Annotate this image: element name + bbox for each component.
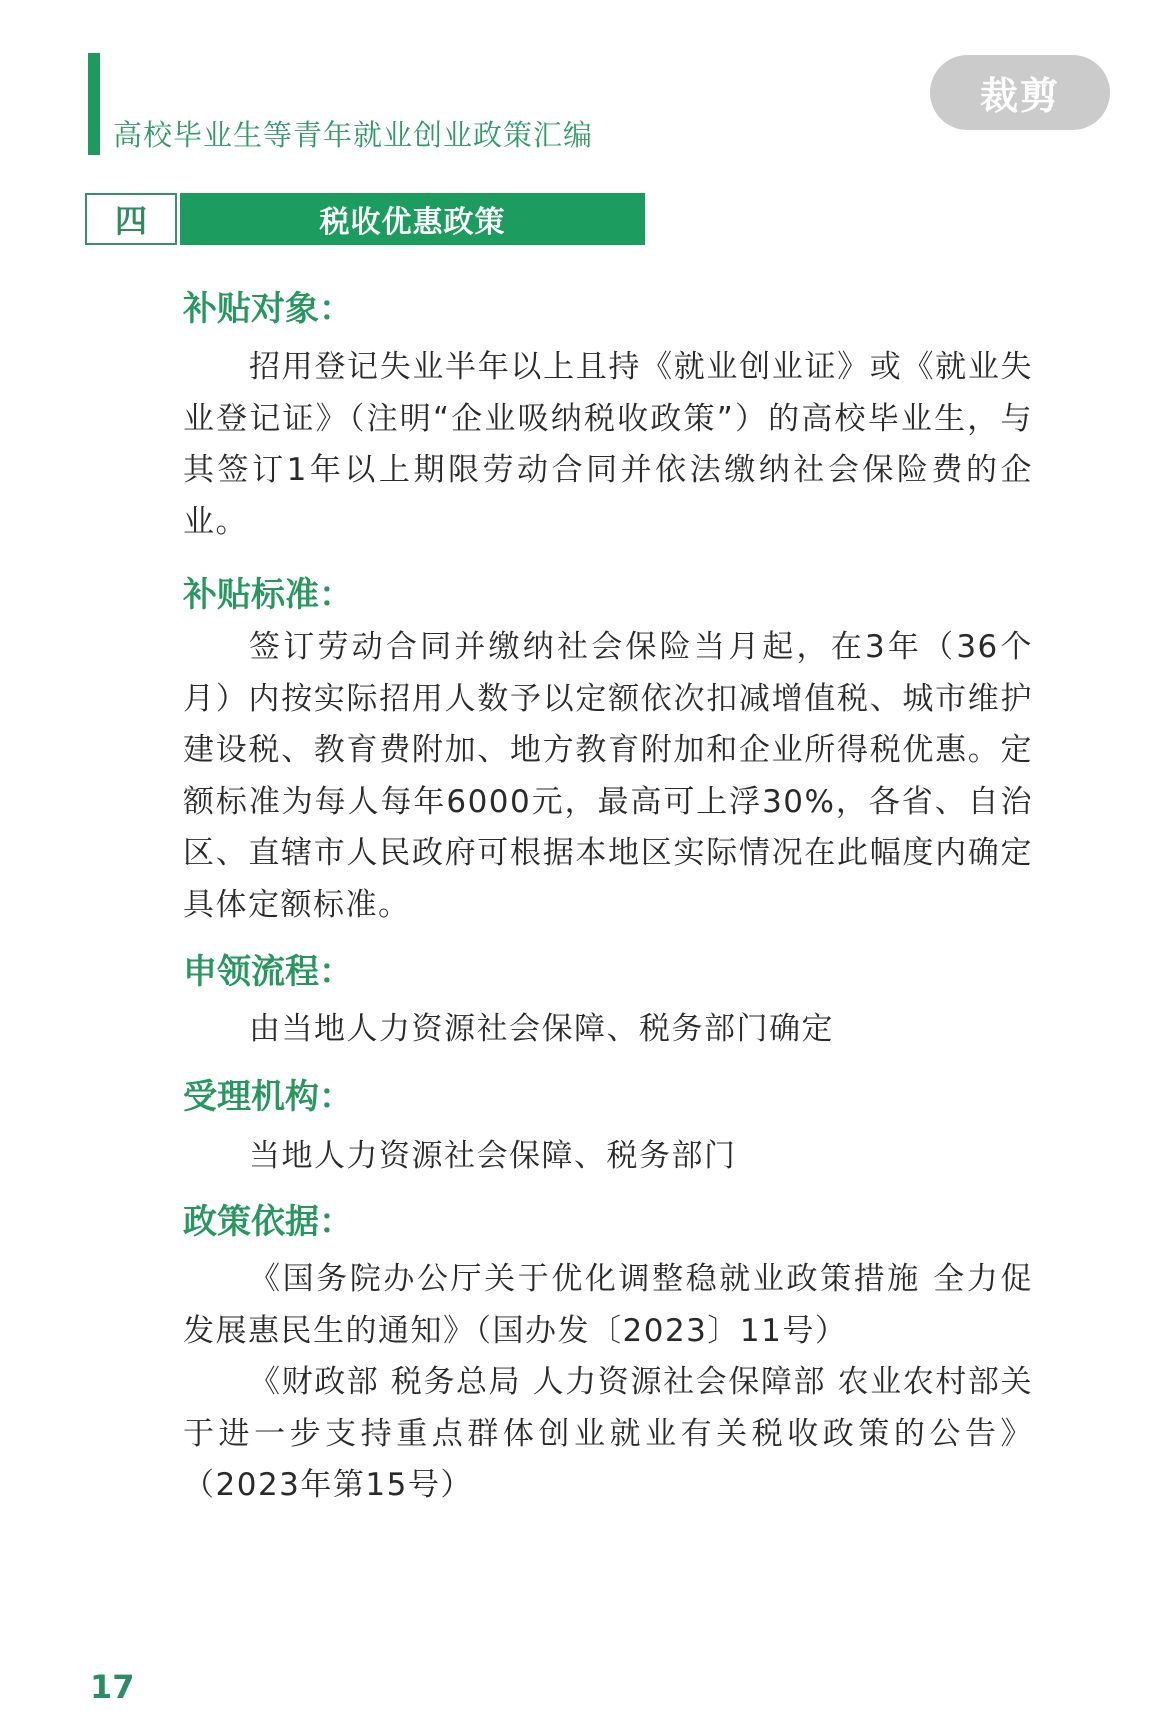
paragraph-subsidy-standard: 签订劳动合同并缴纳社会保险当月起，在3年（36个月）内按实际招用人数予以定额依次… <box>183 622 1033 931</box>
crop-button[interactable]: 裁剪 <box>930 55 1110 130</box>
section-number: 四 <box>85 193 177 245</box>
paragraph-policy-basis-1: 《国务院办公厅关于优化调整稳就业政策措施 全力促发展惠民生的通知》（国办发〔20… <box>183 1254 1033 1357</box>
heading-policy-basis: 政策依据： <box>183 1202 353 1242</box>
section-title: 税收优惠政策 <box>180 193 645 245</box>
paragraph-application-process: 由当地人力资源社会保障、税务部门确定 <box>183 1004 1033 1056</box>
paragraph-subsidy-target: 招用登记失业半年以上且持《就业创业证》或《就业失业登记证》（注明“企业吸纳税收政… <box>183 342 1033 548</box>
header-accent-bar <box>88 53 100 155</box>
paragraph-handling-agency: 当地人力资源社会保障、税务部门 <box>183 1131 1033 1183</box>
section-header: 四 税收优惠政策 <box>85 193 645 245</box>
heading-application-process: 申领流程： <box>183 952 353 992</box>
heading-handling-agency: 受理机构： <box>183 1077 353 1117</box>
document-subtitle: 高校毕业生等青年就业创业政策汇编 <box>113 118 593 152</box>
heading-subsidy-target: 补贴对象： <box>183 289 353 329</box>
page-number: 17 <box>90 1668 135 1706</box>
paragraph-policy-basis-2: 《财政部 税务总局 人力资源社会保障部 农业农村部关于进一步支持重点群体创业就业… <box>183 1357 1033 1512</box>
heading-subsidy-standard: 补贴标准： <box>183 575 353 615</box>
